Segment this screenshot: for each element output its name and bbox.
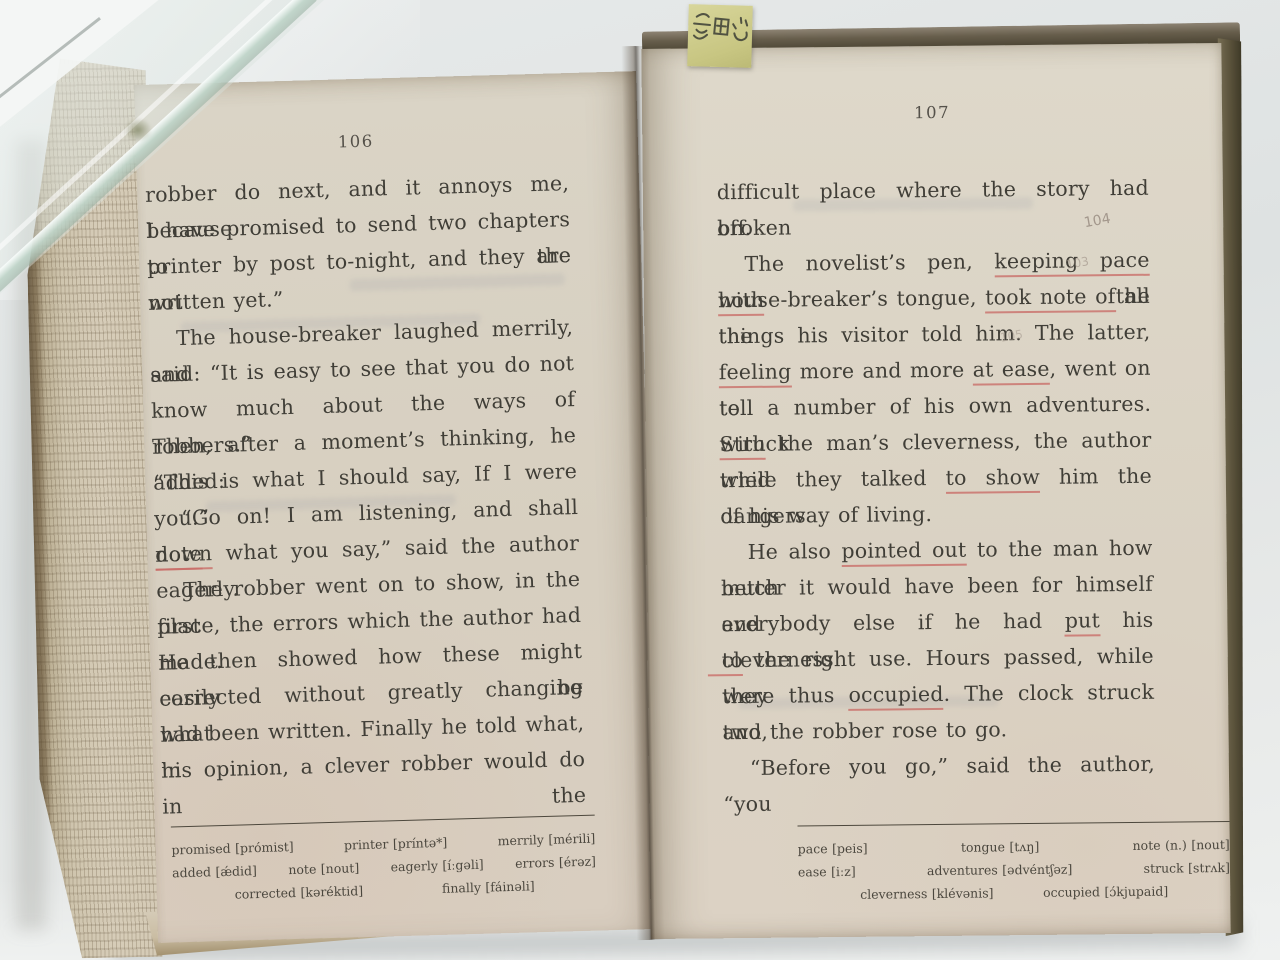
footnote-entry: finally [fáinəli] xyxy=(442,874,535,900)
sticky-note xyxy=(687,4,753,68)
footnote-entry: struck [strʌk] xyxy=(1143,856,1230,880)
right-page: 107 difficult place where the story had … xyxy=(641,43,1230,939)
footnote-entry: ease [iːz] xyxy=(798,860,856,884)
footnote-entry: printer [príntə*] xyxy=(344,831,448,857)
footnote-entry: cleverness [klévənis] xyxy=(860,881,993,905)
left-page: 106 robber do next, and it annoys me, be… xyxy=(134,71,660,943)
footnote-entry: note (n.) [nout] xyxy=(1132,833,1229,857)
text-line: were thus occupied. The clock struck two… xyxy=(722,674,1154,715)
text-line: He also pointed out to the man how much xyxy=(720,530,1152,571)
footnote-entry: promised [prómist] xyxy=(171,835,294,861)
text-line: tell a number of his own adventures. Str… xyxy=(719,386,1151,427)
text-line: of his way of living. xyxy=(720,494,1152,535)
handwriting-icon xyxy=(687,4,753,68)
glass-smudge xyxy=(124,118,152,142)
book-photo: 106 robber do next, and it annoys me, be… xyxy=(0,0,1280,960)
footnote-entry: eagerly [íːgəli] xyxy=(390,853,484,879)
footnote-entry: pace [peis] xyxy=(798,837,868,861)
page-number-right: 107 xyxy=(716,94,1148,133)
text-line: things his visitor told him. The latter, xyxy=(718,314,1150,355)
left-page-text: robber do next, and it annoys me, becaus… xyxy=(145,165,586,789)
footnote-entry: adventures [ədvéntʃəz] xyxy=(927,858,1073,883)
text-line: everybody else if he had put his clevern… xyxy=(721,602,1153,643)
text-line: feeling more and more at ease, went on t… xyxy=(719,350,1151,391)
text-line: better it would have been for himself an… xyxy=(721,566,1153,607)
footnote-entry: errors [érəz] xyxy=(515,850,596,875)
footnote-entry: occupied [ɔ́kjupaid] xyxy=(1043,880,1168,904)
right-page-footnotes: pace [peis]tongue [tʌŋ]note (n.) [nout]e… xyxy=(797,821,1230,907)
page-number-left: 106 xyxy=(143,119,568,165)
text-line: to the right use. Hours passed, while th… xyxy=(722,638,1154,679)
text-line: and the robber rose to go. xyxy=(722,710,1154,751)
text-line: house-breaker’s tongue, took note of all… xyxy=(718,278,1150,319)
text-line: while they talked to show him the danger… xyxy=(720,458,1152,499)
footnote-entry: added [ǽdid] xyxy=(172,859,257,884)
right-page-text: difficult place where the story had brok… xyxy=(717,170,1155,786)
left-page-footnotes: promised [prómist]printer [príntə*]merri… xyxy=(171,815,597,908)
text-line: “Before you go,” said the author, “you xyxy=(723,746,1155,787)
footnote-entry: merrily [mérili] xyxy=(497,827,595,853)
footnote-entry: tongue [tʌŋ] xyxy=(961,835,1040,859)
text-line: with the man’s cleverness, the author tr… xyxy=(719,422,1151,463)
footnote-entry: note [nout] xyxy=(288,856,359,881)
text-line: difficult place where the story had brok… xyxy=(717,170,1149,211)
footnote-entry: corrected [kəréktid] xyxy=(234,879,363,906)
